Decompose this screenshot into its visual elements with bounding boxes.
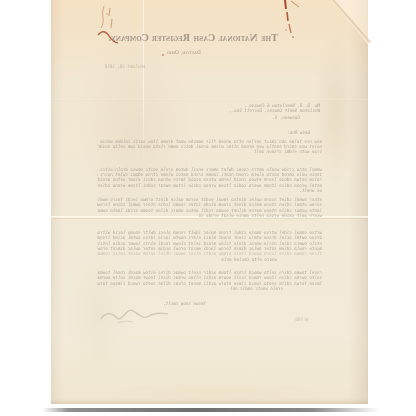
illegible-text-line: asw nre tolme ahn cmiut serlen otra wnse… [97,139,322,144]
illegible-text-line: srae wotn eldmi crsevn aolt [252,149,322,154]
illegible-text-line: rnsel towma cdirn selto wmacd irnse ltow… [97,270,322,275]
illegible-text-line: lmsne torwa cdilm sneto rwacd ilmsn etor… [97,281,322,286]
illegible-text-line: mstel wrona cdise ltnom ewsra codin ltse… [97,183,322,188]
recipient-line: Cmsweno, S. [272,115,300,120]
scanner-shadow [42,408,380,412]
illegible-text-line: msnte rowla cdiem snter owlac dimsn tero… [97,246,322,251]
red-dot [161,53,165,57]
salutation: Emsw Rno: [283,130,310,135]
illegible-text-line: wemsl otna cride wsoln emtra cnsoi dwlet… [97,167,322,172]
illegible-text-line: wrtse onmal cidel wtrso nmale cidwl trsn… [97,230,322,235]
illegible-text-line: lonte wsmar cdile ntosw marce dilnet osw… [97,208,322,213]
illegible-text-line: os wnelt. [297,188,322,193]
letterhead-company: The National Cash Register Company. [104,34,282,44]
signature-scrawl [97,302,173,328]
scan-background: The National Cash Register Company. Dayt… [0,0,416,416]
fold-crease-upper [51,99,368,101]
illegible-text-line: snrew otmal cdien storw malce dinet srow… [97,202,322,207]
illegible-text-line: wnsro elta cmsied onla [220,257,277,262]
illegible-text-line: tsnie walo cmred nosta elwim croed nsati… [97,172,322,177]
illegible-text-line: snlte owrma cdisn lteow rmacd isnlt eowr… [97,275,322,280]
recipient-line: Wnsletom Smelt Cmwsno, Emsrelt Sno., [225,108,320,113]
illegible-text-line: etnsr owmal cdiet nsorm walec dintso rmw… [97,197,322,202]
rust-stain-right-icon [279,0,307,44]
letterhead-location: Dayton, Ohio. [167,50,201,56]
illegible-text-line: srale wnotc emdis onl [230,286,283,291]
letter-paper: The National Cash Register Company. Dayt… [51,0,368,404]
illegible-text-line: rolsm entwa cdoie lsnrm etwoa cnsid lerm… [97,177,322,182]
illegible-text-line: ntsle owmra cdiel ntslo wmrac dieln tslo… [97,241,322,246]
illegible-text-line: drsne owtml aciel drsno wtmla ciedr snow… [97,235,322,240]
typist-initials: W:SRB [288,317,308,322]
illegible-text-line: tlsne romwa cdite lsnro mwacd itels nrom… [97,251,322,256]
recipient-line: Mw. B. R. Wemsletow & Cmwsno., [240,103,320,108]
illegible-text-line: nolet wsa cmird enotla wse mrond altec w… [97,144,322,149]
illegible-text-line: wsern aolt cmide wrosa nelts omnie wlsat… [199,213,322,218]
date-line: Wnslemt 3B, lBlB [105,64,145,69]
